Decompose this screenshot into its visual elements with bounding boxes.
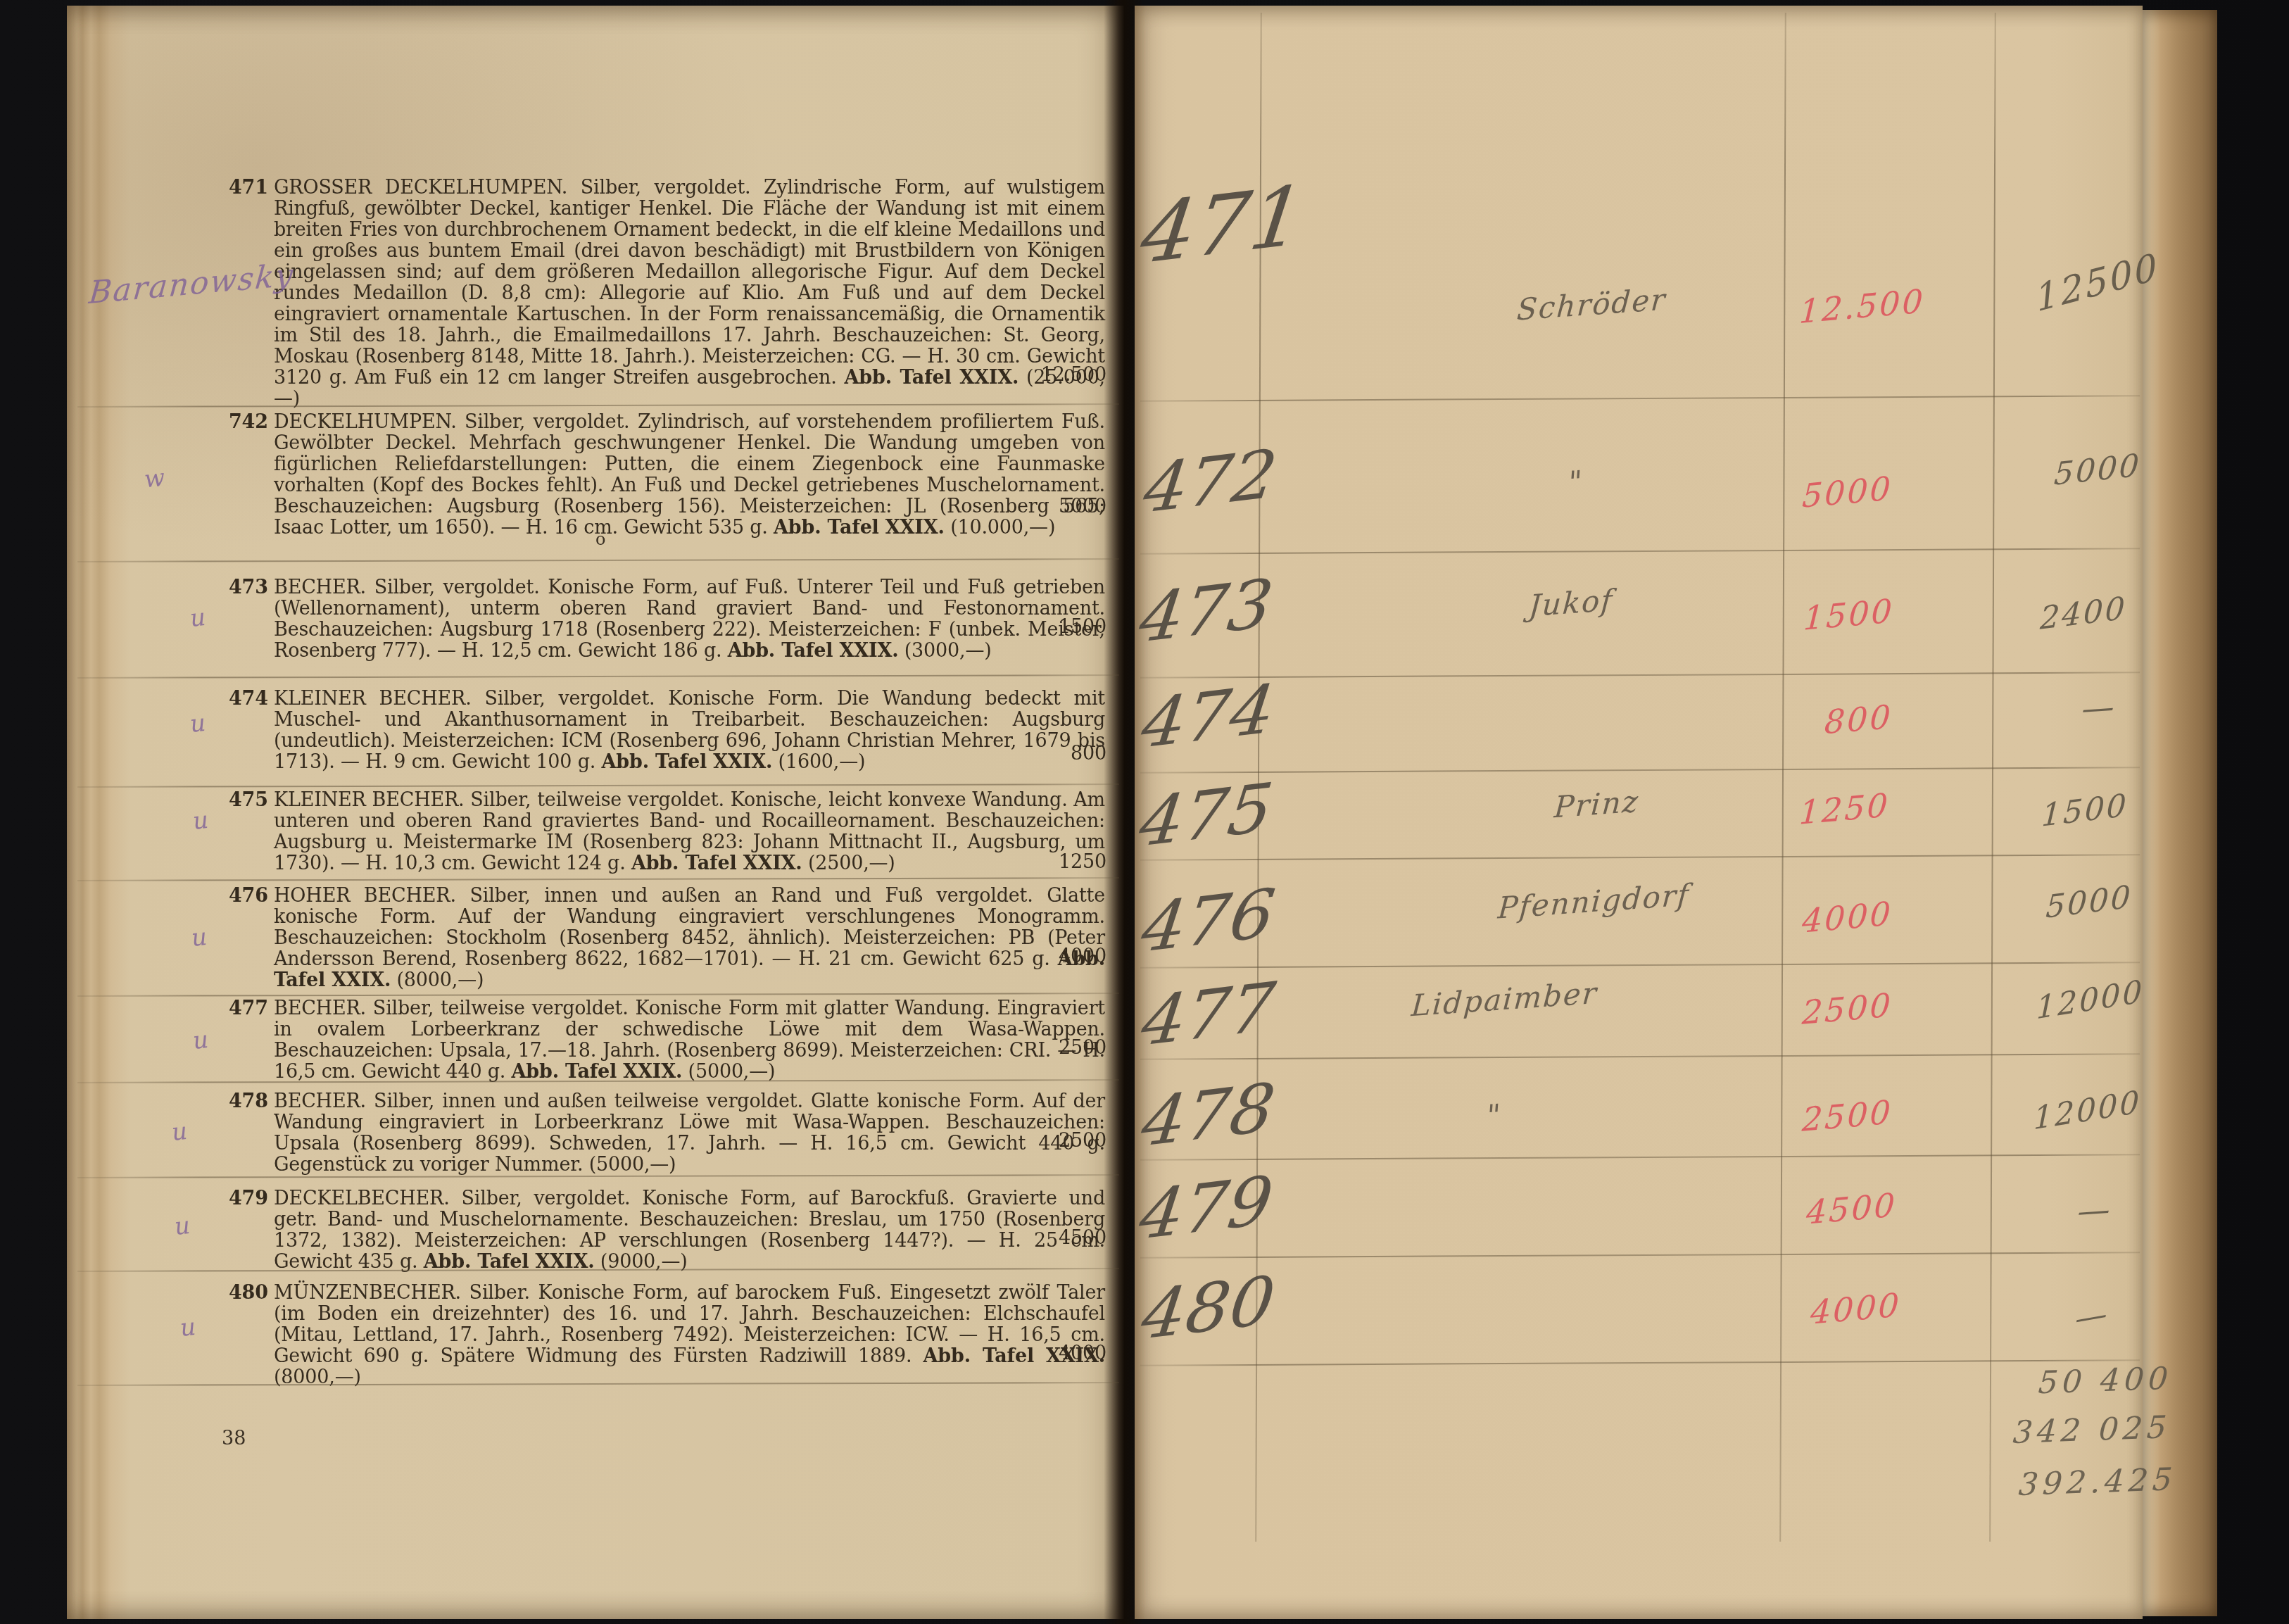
hammer-price-printed: 4500 (1059, 1228, 1106, 1249)
ledger-price-red-pencil: 4000 (1801, 894, 1893, 940)
entry-description: BECHER. Silber, vergoldet. Konische Form… (274, 577, 1106, 662)
entry-description: KLEINER BECHER. Silber, vergoldet. Konis… (274, 688, 1106, 773)
catalog-entry: 473BECHER. Silber, vergoldet. Konische F… (229, 577, 1106, 662)
catalog-entry: 475KLEINER BECHER. Silber, teilweise ver… (229, 790, 1106, 874)
lot-number: 480 (229, 1283, 267, 1304)
plate-reference: Abb. Tafel XXIX. (728, 640, 899, 662)
hammer-price-printed: 4000 (1059, 1343, 1106, 1364)
margin-check-mark: w (143, 464, 166, 494)
hammer-price-printed: 5000 (1059, 496, 1106, 517)
page-number: 38 (222, 1428, 246, 1449)
entry-description: GROSSER DECKELHUMPEN. Silber, vergoldet.… (274, 177, 1106, 410)
ledger-total: 392.425 (2017, 1461, 2177, 1503)
margin-check-mark: u (191, 806, 210, 836)
lot-number: 477 (229, 998, 267, 1019)
lot-number: 476 (229, 886, 267, 907)
ledger-price-graphite: — (2080, 687, 2119, 728)
entry-description: HOHER BECHER. Silber, innen und außen an… (274, 886, 1106, 991)
entry-description: DECKELBECHER. Silber, vergoldet. Konisch… (274, 1188, 1106, 1273)
ledger-price-red-pencil: 4500 (1805, 1185, 1898, 1232)
catalog-entry: 471GROSSER DECKELHUMPEN. Silber, vergold… (229, 177, 1106, 410)
margin-check-mark: u (179, 1313, 197, 1342)
lot-number: 479 (229, 1188, 267, 1209)
ledger-buyer-name: " (1567, 464, 1584, 500)
margin-check-mark: u (173, 1211, 191, 1241)
margin-check-mark: u (191, 1026, 210, 1055)
hammer-price-printed: 800 (1071, 743, 1106, 764)
ledger-price-graphite: — (2076, 1190, 2114, 1230)
lot-number: 473 (229, 577, 267, 598)
plate-reference: Abb. Tafel XXIX. (845, 367, 1019, 389)
plate-reference: Abb. Tafel XXIX. (631, 852, 802, 874)
catalog-entry: 476HOHER BECHER. Silber, innen und außen… (229, 886, 1106, 991)
ledger-price-red-pencil: 2500 (1801, 986, 1893, 1032)
ledger-buyer-name: Jukof (1527, 583, 1614, 624)
hammer-price-printed: 2500 (1059, 1038, 1106, 1059)
book-scan: 38 471GROSSER DECKELHUMPEN. Silber, verg… (0, 0, 2289, 1624)
ledger-buyer-name: Prinz (1553, 784, 1640, 825)
catalog-entry: 478BECHER. Silber, innen und außen teilw… (229, 1091, 1106, 1176)
ledger-price-red-pencil: 5000 (1801, 469, 1893, 515)
plate-reference: Abb. Tafel XXIX. (602, 751, 773, 773)
lot-number: 478 (229, 1091, 267, 1112)
lot-number: 471 (229, 177, 267, 199)
ledger-price-red-pencil: 4000 (1810, 1285, 1902, 1332)
margin-check-mark: u (190, 923, 208, 952)
lot-number: 742 (229, 412, 267, 433)
ledger-buyer-name: " (1485, 1097, 1503, 1133)
lot-number: 474 (229, 688, 267, 710)
ledger-price-red-pencil: 1250 (1798, 786, 1891, 832)
hammer-price-printed: 1250 (1059, 852, 1106, 873)
catalog-entry: 477BECHER. Silber, teilweise vergoldet. … (229, 998, 1106, 1083)
catalog-entry: 742DECKELHUMPEN. Silber, vergoldet. Zyli… (229, 412, 1106, 539)
entry-description: KLEINER BECHER. Silber, teilweise vergol… (274, 790, 1106, 874)
plate-reference: Abb. Tafel XXIX. (512, 1061, 683, 1083)
hammer-price-printed: 1500 (1059, 617, 1106, 638)
ledger-total: 50 400 (2037, 1361, 2173, 1402)
hammer-price-printed: 2500 (1059, 1131, 1106, 1152)
lot-number: 475 (229, 790, 267, 811)
margin-check-mark: u (170, 1117, 189, 1147)
hammer-price-printed: 12.500 (1041, 365, 1106, 386)
ledger-total: 342 025 (2012, 1409, 2171, 1451)
hammer-price-printed: 4000 (1059, 946, 1106, 967)
entry-description: DECKELHUMPEN. Silber, vergoldet. Zylindr… (274, 412, 1106, 539)
ledger-price-red-pencil: 2500 (1801, 1093, 1893, 1139)
entry-description: MÜNZENBECHER. Silber. Konische Form, auf… (274, 1283, 1106, 1388)
catalog-entry: 474KLEINER BECHER. Silber, vergoldet. Ko… (229, 688, 1106, 773)
stray-print-mark: o (595, 529, 605, 549)
catalog-entry: 480MÜNZENBECHER. Silber. Konische Form, … (229, 1283, 1106, 1388)
entry-description: BECHER. Silber, teilweise vergoldet. Kon… (274, 998, 1106, 1083)
plate-reference: Abb. Tafel XXIX. (774, 517, 945, 539)
entry-description: BECHER. Silber, innen und außen teilweis… (274, 1091, 1106, 1176)
catalog-entry: 479DECKELBECHER. Silber, vergoldet. Koni… (229, 1188, 1106, 1273)
margin-check-mark: u (189, 603, 207, 633)
ledger-price-graphite: — (2075, 1293, 2109, 1337)
ledger-price-red-pencil: 800 (1824, 698, 1893, 742)
ledger-price-red-pencil: 1500 (1803, 591, 1895, 638)
margin-check-mark: u (189, 709, 207, 738)
